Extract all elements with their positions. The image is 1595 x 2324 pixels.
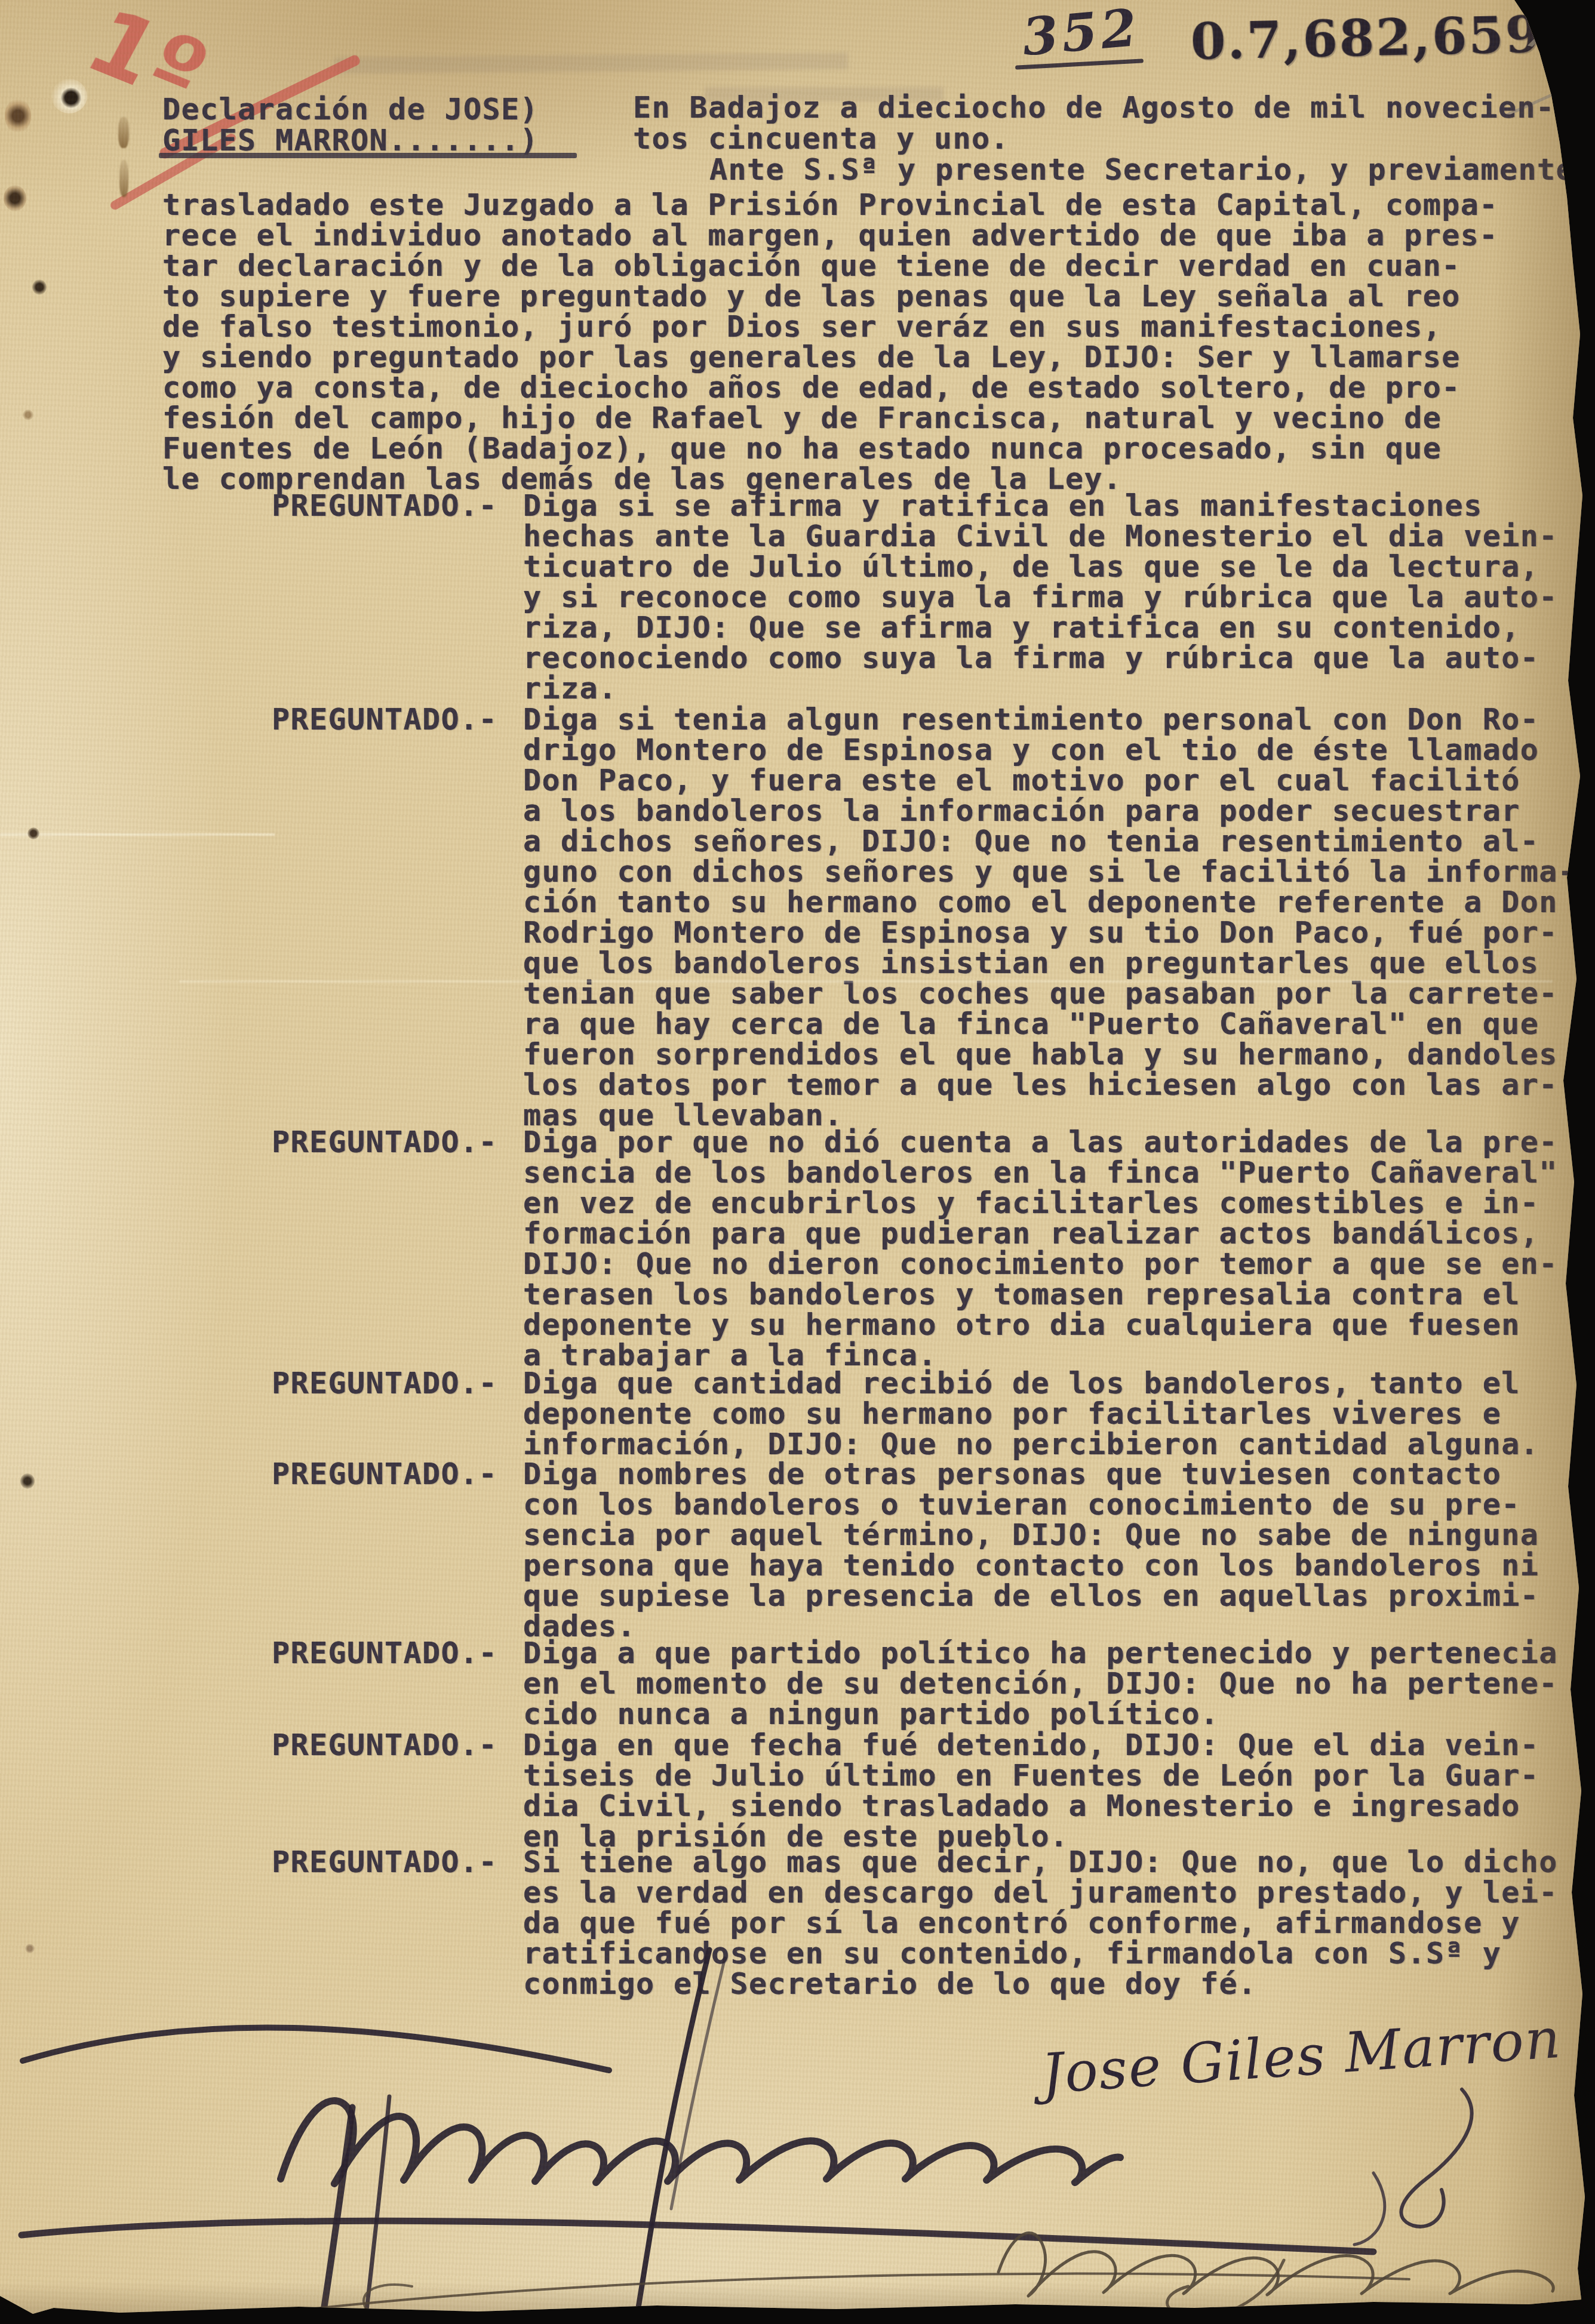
question-line: formación para que pudieran realizar act… xyxy=(523,1218,1558,1249)
question-line: y si reconoce como suya la firma y rúbri… xyxy=(523,582,1558,612)
question-answer: Diga a que partido político ha perteneci… xyxy=(523,1638,1558,1729)
pen-stroke-through-text xyxy=(637,1950,709,2319)
question-line: en el momento de su detención, DIJO: Que… xyxy=(523,1669,1558,1699)
question-label: PREGUNTADO.- xyxy=(272,1847,497,1877)
body-line: fesión del campo, hijo de Rafael y de Fr… xyxy=(162,403,1498,433)
question-line: da que fué por sí la encontró conforme, … xyxy=(523,1908,1558,1938)
paper-crease xyxy=(0,833,275,836)
worm-hole xyxy=(20,1473,35,1489)
question-label: PREGUNTADO.- xyxy=(272,491,497,521)
question-line: Diga por que no dió cuenta a las autorid… xyxy=(523,1127,1558,1158)
pencil-smudge xyxy=(334,53,848,74)
question-line: ticuatro de Julio último, de las que se … xyxy=(523,552,1558,582)
question-line: Diga nombres de otras personas que tuvie… xyxy=(523,1459,1539,1489)
question-line: los datos por temor a que les hiciesen a… xyxy=(523,1070,1576,1100)
question-line: sencia por aquel término, DIJO: Que no s… xyxy=(523,1520,1539,1550)
body-line: to supiere y fuere preguntado y de las p… xyxy=(162,281,1498,312)
question-line: Si tiene algo mas que decir, DIJO: Que n… xyxy=(523,1847,1558,1877)
question-label: PREGUNTADO.- xyxy=(272,1638,497,1669)
question-label: PREGUNTADO.- xyxy=(272,704,497,735)
ink-page-number: 352 xyxy=(1020,0,1143,67)
question-line: ratificandose en su contenido, firmandol… xyxy=(523,1938,1558,1969)
body-line: y siendo preguntado por las generales de… xyxy=(162,342,1498,373)
deponent-signature-flourish xyxy=(1401,2089,1471,2227)
question-line: con los bandoleros o tuvieran conocimien… xyxy=(523,1489,1539,1520)
opening-line: tos cincuenta y uno. xyxy=(633,124,1009,154)
witness-signature-sweep xyxy=(257,2274,1409,2315)
question-label: PREGUNTADO.- xyxy=(272,1368,497,1399)
worm-hole xyxy=(32,279,47,295)
question-line: Diga que cantidad recibió de los bandole… xyxy=(523,1368,1539,1399)
question-answer: Diga que cantidad recibió de los bandole… xyxy=(523,1368,1539,1460)
question-line: información, DIJO: Que no percibieron ca… xyxy=(523,1429,1539,1460)
question-line: ra que hay cerca de la finca "Puerto Cañ… xyxy=(523,1009,1576,1039)
bottom-edge-shading xyxy=(0,2282,1595,2324)
ink-stain xyxy=(119,160,128,197)
question-answer: Diga en que fecha fué detenido, DIJO: Qu… xyxy=(523,1730,1539,1852)
margin-note-underline xyxy=(159,153,577,158)
question-answer: Diga nombres de otras personas que tuvie… xyxy=(523,1459,1539,1642)
document-page: 1º 352 0.7,682,659 70 Declaración de JOS… xyxy=(0,0,1595,2324)
body-line: como ya consta, de dieciocho años de eda… xyxy=(162,373,1498,403)
margin-note-line: Declaración de JOSE) xyxy=(162,94,539,125)
secretary-signature-underline xyxy=(21,2221,1373,2252)
body-paragraph: trasladado este Juzgado a la Prisión Pro… xyxy=(162,190,1498,494)
opening-line: En Badajoz a dieciocho de Agosto de mil … xyxy=(633,93,1555,123)
question-line: tenian que saber los coches que pasaban … xyxy=(523,978,1576,1009)
question-line: guno con dichos señores y que si le faci… xyxy=(523,857,1576,887)
question-line: DIJO: Que no dieron conocimiento por tem… xyxy=(523,1249,1558,1279)
deponent-signature-flourish xyxy=(1354,2173,1385,2245)
body-line: trasladado este Juzgado a la Prisión Pro… xyxy=(162,190,1498,220)
question-line: tiseis de Julio último en Fuentes de Leó… xyxy=(523,1760,1539,1791)
secretary-signature-stroke xyxy=(23,2027,609,2070)
question-line: Diga en que fecha fué detenido, DIJO: Qu… xyxy=(523,1730,1539,1760)
secretary-signature-scrawl xyxy=(281,2101,1120,2184)
question-line: cido nunca a ningun partido político. xyxy=(523,1699,1558,1729)
question-line: a dichos señores, DIJO: Que no tenia res… xyxy=(523,826,1576,857)
question-line: deponente y su hermano otro dia cualquie… xyxy=(523,1310,1558,1340)
question-line: a los bandoleros la información para pod… xyxy=(523,796,1576,826)
question-line: en vez de encubrirlos y facilitarles com… xyxy=(523,1188,1558,1218)
question-label: PREGUNTADO.- xyxy=(272,1730,497,1760)
question-line: que supiese la presencia de ellos en aqu… xyxy=(523,1581,1539,1611)
stamp-serial-number: 0.7,682,659 xyxy=(1190,5,1542,71)
question-line: Diga a que partido político ha perteneci… xyxy=(523,1638,1558,1669)
deponent-signature: Jose Giles Marron xyxy=(1030,2006,1563,2107)
secretary-signature-descender xyxy=(365,2097,389,2321)
question-line: dia Civil, siendo trasladado a Monesteri… xyxy=(523,1791,1539,1821)
question-line: terasen los bandoleros y tomasen represa… xyxy=(523,1279,1558,1310)
question-line: deponente como su hermano por facilitarl… xyxy=(523,1399,1539,1429)
question-line: Diga si tenia algun resentimiento person… xyxy=(523,704,1576,735)
body-line: rece el individuo anotado al margen, qui… xyxy=(162,220,1498,251)
witness-signature-sweep xyxy=(364,2285,412,2323)
opening-line: Ante S.Sª y presente Secretario, y previ… xyxy=(709,155,1575,185)
secretary-signature-descender xyxy=(322,2107,352,2319)
question-label: PREGUNTADO.- xyxy=(272,1459,497,1489)
worm-hole xyxy=(25,1944,35,1953)
body-line: Fuentes de León (Badajoz), que no ha est… xyxy=(162,433,1498,464)
witness-signature-scrawl xyxy=(998,2233,1553,2296)
question-line: reconociendo como suya la firma y rúbric… xyxy=(523,643,1558,673)
question-answer: Diga si se afirma y ratifica en las mani… xyxy=(523,491,1558,704)
question-line: drigo Montero de Espinosa y con el tio d… xyxy=(523,735,1576,765)
worm-hole xyxy=(23,410,33,420)
question-line: conmigo el Secretario de lo que doy fé. xyxy=(523,1969,1558,1999)
question-answer: Diga si tenia algun resentimiento person… xyxy=(523,704,1576,1131)
question-line: Don Paco, y fuera este el motivo por el … xyxy=(523,765,1576,796)
body-line: tar declaración y de la obligación que t… xyxy=(162,251,1498,281)
question-line: Rodrigo Montero de Espinosa y su tio Don… xyxy=(523,918,1576,948)
question-answer: Si tiene algo mas que decir, DIJO: Que n… xyxy=(523,1847,1558,1999)
question-line: que los bandoleros insistian en pregunta… xyxy=(523,948,1576,978)
ink-stain xyxy=(118,117,129,148)
question-line: Diga si se afirma y ratifica en las mani… xyxy=(523,491,1558,521)
question-line: ción tanto su hermano como el deponente … xyxy=(523,887,1576,918)
worm-hole xyxy=(27,827,39,839)
worm-hole xyxy=(5,98,31,134)
question-line: hechas ante la Guardia Civil de Monester… xyxy=(523,521,1558,552)
question-line: persona que haya tenido contacto con los… xyxy=(523,1550,1539,1581)
scanned-document: 1º 352 0.7,682,659 70 Declaración de JOS… xyxy=(0,0,1595,2324)
worm-hole xyxy=(4,185,26,211)
question-line: es la verdad en descargo del juramento p… xyxy=(523,1877,1558,1908)
question-answer: Diga por que no dió cuenta a las autorid… xyxy=(523,1127,1558,1371)
question-line: riza. xyxy=(523,673,1558,704)
question-line: sencia de los bandoleros en la finca "Pu… xyxy=(523,1158,1558,1188)
body-line: de falso testimonio, juró por Dios ser v… xyxy=(162,312,1498,342)
question-label: PREGUNTADO.- xyxy=(272,1127,497,1158)
question-line: riza, DIJO: Que se afirma y ratifica en … xyxy=(523,612,1558,643)
question-line: fueron sorprendidos el que habla y su he… xyxy=(523,1039,1576,1070)
witness-signature-loop xyxy=(1167,2260,1284,2317)
margin-note-line: GILES MARRON.......) xyxy=(162,125,539,156)
